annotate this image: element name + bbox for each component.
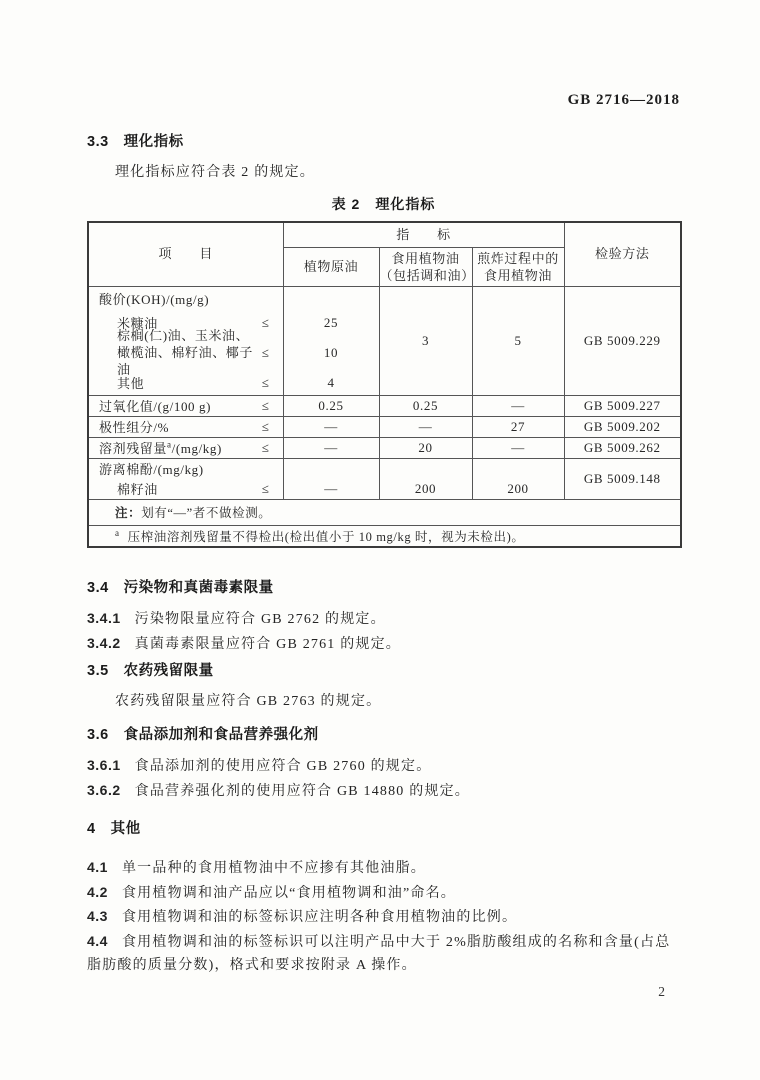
col-header-frying-oil: 煎炸过程中的 食用植物油 <box>472 247 564 286</box>
spacer <box>284 287 379 311</box>
note-text: 划有“—”者不做检测。 <box>141 506 271 520</box>
acid-value-title: 酸价(KOH)/(mg/g) <box>99 287 283 311</box>
clause-number: 3.4.1 <box>87 610 121 626</box>
col-header-item: 项 目 <box>88 222 283 286</box>
solvent-label-pre: 溶剂残留量 <box>99 441 167 456</box>
gossypol-edible: 200 <box>380 479 472 499</box>
section-title: 其他 <box>111 821 141 837</box>
peroxide-frying: — <box>472 395 564 416</box>
acid-value-item-cell: 酸价(KOH)/(mg/g) 米糠油 ≤ 棕榈(仁)油、玉米油、 橄榄油、棉籽油… <box>88 286 283 395</box>
indicator-table: 项 目 指 标 检验方法 植物原油 食用植物油 （包括调和油） 煎炸过程中的 食… <box>87 221 682 548</box>
peroxide-crude: 0.25 <box>283 395 379 416</box>
solvent-edible: 20 <box>379 437 472 458</box>
footnote-text: 压榨油溶剂残留量不得检出(检出值小于 10 mg/kg 时，视为未检出)。 <box>128 530 525 544</box>
section-number: 4 <box>87 821 96 837</box>
doc-number-header: GB 2716—2018 <box>87 92 680 109</box>
col-header-frying-oil-line1: 煎炸过程中的 <box>473 250 564 267</box>
clause-4-3: 4.3食用植物调和油的标签标识应注明各种食用植物油的比例。 <box>87 905 680 930</box>
clause-number: 4.4 <box>87 933 108 949</box>
table-note: 注：划有“—”者不做检测。 <box>88 499 681 525</box>
page-number: 2 <box>87 984 665 1000</box>
col-header-frying-oil-line2: 食用植物油 <box>473 267 564 284</box>
peroxide-edible: 0.25 <box>379 395 472 416</box>
clause-number: 4.1 <box>87 859 108 875</box>
clause-4-2: 4.2食用植物调和油产品应以“食用植物调和油”命名。 <box>87 881 680 906</box>
clause-number: 4.2 <box>87 884 108 900</box>
le-symbol: ≤ <box>262 419 283 435</box>
acid-value-crude-cell: 25 10 4 <box>283 286 379 395</box>
section-number: 3.3 <box>87 134 109 150</box>
gossypol-frying-cell: 200 <box>472 458 564 499</box>
solvent-label: 溶剂残留量a/(mg/kg) <box>99 438 222 457</box>
polar-edible: — <box>379 416 472 437</box>
section-title: 食品添加剂和食品营养强化剂 <box>124 727 319 743</box>
section-heading-3-6: 3.6食品添加剂和食品营养强化剂 <box>87 726 680 744</box>
section-heading-3-3: 3.3理化指标 <box>87 133 680 151</box>
table-row-polar: 极性组分/% ≤ — — 27 GB 5009.202 <box>88 416 681 437</box>
gossypol-frying: 200 <box>473 479 564 499</box>
solvent-frying: — <box>472 437 564 458</box>
table-header-row-1: 项 目 指 标 检验方法 <box>88 222 681 247</box>
acid-subrow-palm-label-line1: 棕榈(仁)油、玉米油、 <box>117 328 249 343</box>
col-header-edible-oil: 食用植物油 （包括调和油） <box>379 247 472 286</box>
table-note-row: 注：划有“—”者不做检测。 <box>88 499 681 525</box>
spacer <box>473 459 564 479</box>
clause-number: 4.3 <box>87 908 108 924</box>
le-symbol: ≤ <box>262 375 283 391</box>
gossypol-cottonseed-label: 棉籽油 <box>117 479 158 498</box>
clause-text: 食用植物调和油的标签标识可以注明产品中大于 2%脂肪酸组成的名称和含量(占总脂肪… <box>87 935 670 974</box>
gossypol-crude: — <box>284 479 379 499</box>
acid-value-palm: 10 <box>284 335 379 371</box>
gossypol-subrow-cottonseed: 棉籽油 ≤ <box>99 479 283 499</box>
document-page: GB 2716—2018 3.3理化指标 理化指标应符合表 2 的规定。 表 2… <box>87 0 680 978</box>
gossypol-edible-cell: 200 <box>379 458 472 499</box>
polar-crude: — <box>283 416 379 437</box>
clause-text: 食用植物调和油的标签标识应注明各种食用植物油的比例。 <box>122 910 517 925</box>
clause-number: 3.6.2 <box>87 782 121 798</box>
le-symbol: ≤ <box>262 440 283 456</box>
section-title: 理化指标 <box>124 134 184 150</box>
clause-text: 真菌毒素限量应符合 GB 2761 的规定。 <box>135 637 401 652</box>
gossypol-title: 游离棉酚/(mg/kg) <box>99 459 283 479</box>
clause-text: 食品营养强化剂的使用应符合 GB 14880 的规定。 <box>135 784 470 799</box>
acid-value-rice-bran: 25 <box>284 311 379 335</box>
col-header-crude-oil: 植物原油 <box>283 247 379 286</box>
clause-4-4: 4.4食用植物调和油的标签标识可以注明产品中大于 2%脂肪酸组成的名称和含量(占… <box>87 930 680 978</box>
solvent-method: GB 5009.262 <box>564 437 681 458</box>
table-footnote-row: a压榨油溶剂残留量不得检出(检出值小于 10 mg/kg 时，视为未检出)。 <box>88 525 681 547</box>
solvent-crude: — <box>283 437 379 458</box>
table-caption: 表 2 理化指标 <box>87 195 680 213</box>
acid-value-other: 4 <box>284 371 379 395</box>
table-row-acid-value: 酸价(KOH)/(mg/g) 米糠油 ≤ 棕榈(仁)油、玉米油、 橄榄油、棉籽油… <box>88 286 681 395</box>
paragraph-3-3: 理化指标应符合表 2 的规定。 <box>87 164 680 182</box>
clause-3-4-2: 3.4.2真菌毒素限量应符合 GB 2761 的规定。 <box>87 632 680 657</box>
clause-3-6-2: 3.6.2食品营养强化剂的使用应符合 GB 14880 的规定。 <box>87 779 680 804</box>
le-symbol: ≤ <box>262 481 283 497</box>
section-title: 污染物和真菌毒素限量 <box>124 580 274 596</box>
clause-text: 食品添加剂的使用应符合 GB 2760 的规定。 <box>135 759 432 774</box>
clause-number: 3.4.2 <box>87 635 121 651</box>
clause-text: 食用植物调和油产品应以“食用植物调和油”命名。 <box>122 886 456 901</box>
polar-item-cell: 极性组分/% ≤ <box>88 416 283 437</box>
acid-value-method: GB 5009.229 <box>564 286 681 395</box>
peroxide-label: 过氧化值/(g/100 g) <box>99 396 211 415</box>
col-header-edible-oil-line2: （包括调和油） <box>380 267 472 284</box>
gossypol-method: GB 5009.148 <box>564 458 681 499</box>
paragraph-3-5: 农药残留限量应符合 GB 2763 的规定。 <box>87 693 680 711</box>
section-heading-3-4: 3.4污染物和真菌毒素限量 <box>87 579 680 597</box>
solvent-item-cell: 溶剂残留量a/(mg/kg) ≤ <box>88 437 283 458</box>
footnote-marker: a <box>115 528 120 538</box>
section-number: 3.5 <box>87 663 109 679</box>
acid-value-frying: 5 <box>472 286 564 395</box>
section-number: 3.4 <box>87 580 109 596</box>
col-header-edible-oil-line1: 食用植物油 <box>380 250 472 267</box>
polar-label: 极性组分/% <box>99 417 169 436</box>
note-label: 注： <box>115 506 141 520</box>
clause-4-1: 4.1单一品种的食用植物油中不应掺有其他油脂。 <box>87 856 680 881</box>
clause-3-4-1: 3.4.1污染物限量应符合 GB 2762 的规定。 <box>87 607 680 632</box>
spacer <box>380 459 472 479</box>
acid-subrow-palm-etc: 棕榈(仁)油、玉米油、 橄榄油、棉籽油、椰子油 ≤ <box>99 335 283 371</box>
table-row-solvent: 溶剂残留量a/(mg/kg) ≤ — 20 — GB 5009.262 <box>88 437 681 458</box>
gossypol-crude-cell: — <box>283 458 379 499</box>
le-symbol: ≤ <box>262 315 283 331</box>
gossypol-item-cell: 游离棉酚/(mg/kg) 棉籽油 ≤ <box>88 458 283 499</box>
peroxide-item-cell: 过氧化值/(g/100 g) ≤ <box>88 395 283 416</box>
polar-method: GB 5009.202 <box>564 416 681 437</box>
col-header-method: 检验方法 <box>564 222 681 286</box>
clause-number: 3.6.1 <box>87 757 121 773</box>
section-title: 农药残留限量 <box>124 663 214 679</box>
table-footnote: a压榨油溶剂残留量不得检出(检出值小于 10 mg/kg 时，视为未检出)。 <box>88 525 681 547</box>
solvent-label-post: /(mg/kg) <box>172 441 222 456</box>
col-header-index-group: 指 标 <box>283 222 564 247</box>
le-symbol: ≤ <box>262 345 283 361</box>
clause-text: 单一品种的食用植物油中不应掺有其他油脂。 <box>122 861 426 876</box>
section-heading-4: 4其他 <box>87 820 680 838</box>
spacer <box>284 459 379 479</box>
table-row-gossypol: 游离棉酚/(mg/kg) 棉籽油 ≤ — 200 200 GB 5009.148 <box>88 458 681 499</box>
le-symbol: ≤ <box>262 398 283 414</box>
clause-text: 污染物限量应符合 GB 2762 的规定。 <box>135 612 386 627</box>
polar-frying: 27 <box>472 416 564 437</box>
section-number: 3.6 <box>87 727 109 743</box>
acid-value-edible: 3 <box>379 286 472 395</box>
peroxide-method: GB 5009.227 <box>564 395 681 416</box>
section-heading-3-5: 3.5农药残留限量 <box>87 662 680 680</box>
table-row-peroxide: 过氧化值/(g/100 g) ≤ 0.25 0.25 — GB 5009.227 <box>88 395 681 416</box>
acid-subrow-other-label: 其他 <box>117 373 144 392</box>
clause-3-6-1: 3.6.1食品添加剂的使用应符合 GB 2760 的规定。 <box>87 754 680 779</box>
